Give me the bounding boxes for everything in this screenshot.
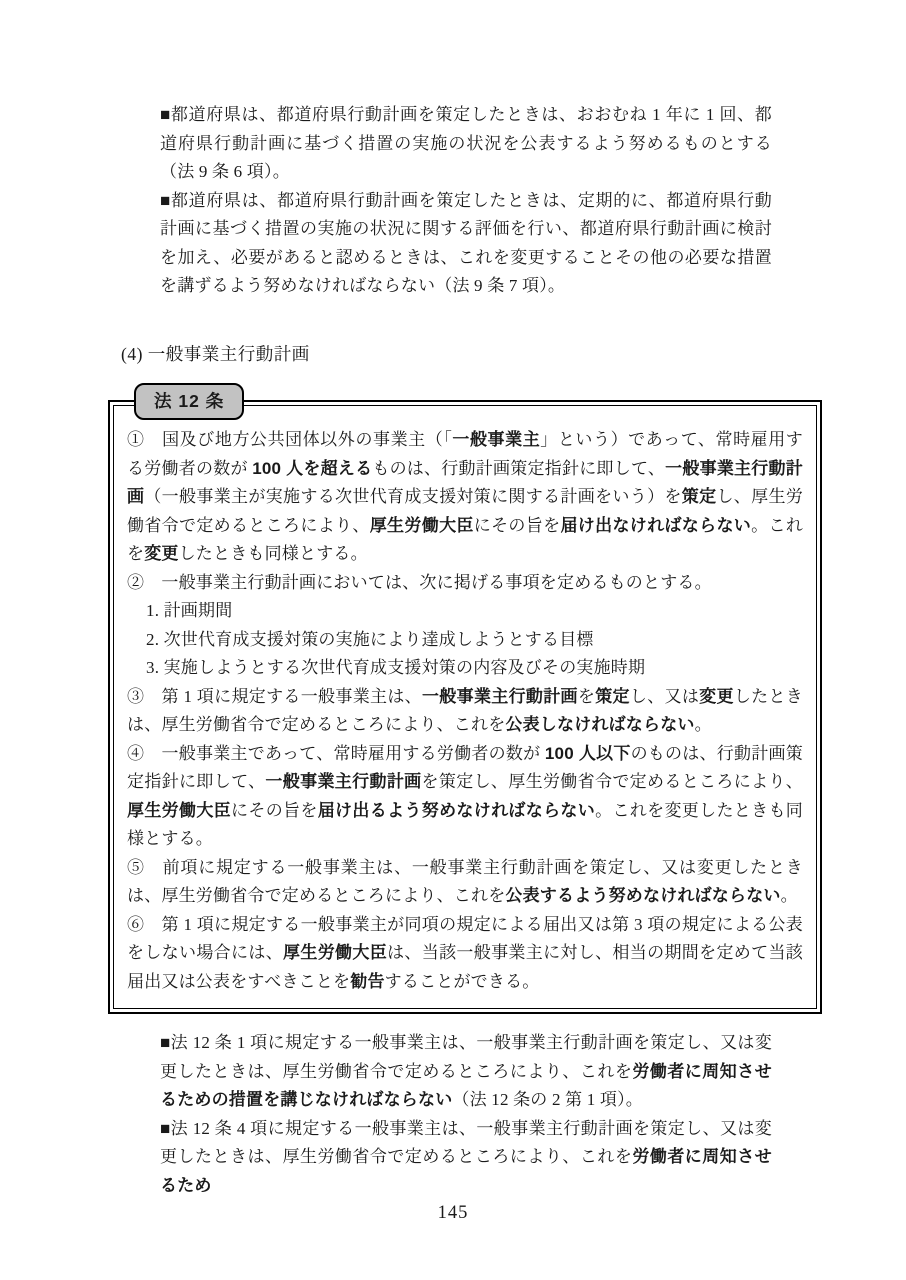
law-paragraph-2: ② 一般事業主行動計画においては、次に掲げる事項を定めるものとする。 [127,569,803,598]
law-article-box: 法 12 条 ① 国及び地方公共団体以外の事業主（「一般事業主」という）であって… [108,400,822,1014]
law-paragraph-1: ① 国及び地方公共団体以外の事業主（「一般事業主」という）であって、常時雇用する… [127,426,803,569]
note-item: ■法 12 条 4 項に規定する一般事業主は、一般事業主行動計画を策定し、又は変… [160,1115,772,1201]
law-list-item-3: 3. 実施しようとする次世代育成支援対策の内容及びその実施時期 [127,654,803,683]
note-item: ■都道府県は、都道府県行動計画を策定したときは、定期的に、都道府県行動計画に基づ… [160,187,772,301]
law-paragraph-3: ③ 第 1 項に規定する一般事業主は、一般事業主行動計画を策定し、又は変更したと… [127,683,803,740]
law-paragraph-4: ④ 一般事業主であって、常時雇用する労働者の数が 100 人以下のものは、行動計… [127,740,803,854]
law-list-item-1: 1. 計画期間 [127,597,803,626]
note-item: ■法 12 条 1 項に規定する一般事業主は、一般事業主行動計画を策定し、又は変… [160,1029,772,1115]
law-paragraph-6: ⑥ 第 1 項に規定する一般事業主が同項の規定による届出又は第 3 項の規定によ… [127,911,803,997]
law-article-body: ① 国及び地方公共団体以外の事業主（「一般事業主」という）であって、常時雇用する… [113,405,817,1009]
law-paragraph-5: ⑤ 前項に規定する一般事業主は、一般事業主行動計画を策定し、又は変更したときは、… [127,854,803,911]
page-number: 145 [0,1203,906,1224]
law-list-item-2: 2. 次世代育成支援対策の実施により達成しようとする目標 [127,626,803,655]
top-notes: ■都道府県は、都道府県行動計画を策定したときは、おおむね 1 年に 1 回、都道… [160,101,772,301]
bottom-notes: ■法 12 条 1 項に規定する一般事業主は、一般事業主行動計画を策定し、又は変… [160,1029,772,1200]
law-article-badge: 法 12 条 [134,383,244,420]
section-heading: (4) 一般事業主行動計画 [121,341,310,366]
document-page: { "theme": { "ink": "#1a1a1a", "badge_bg… [0,0,906,1280]
note-item: ■都道府県は、都道府県行動計画を策定したときは、おおむね 1 年に 1 回、都道… [160,101,772,187]
